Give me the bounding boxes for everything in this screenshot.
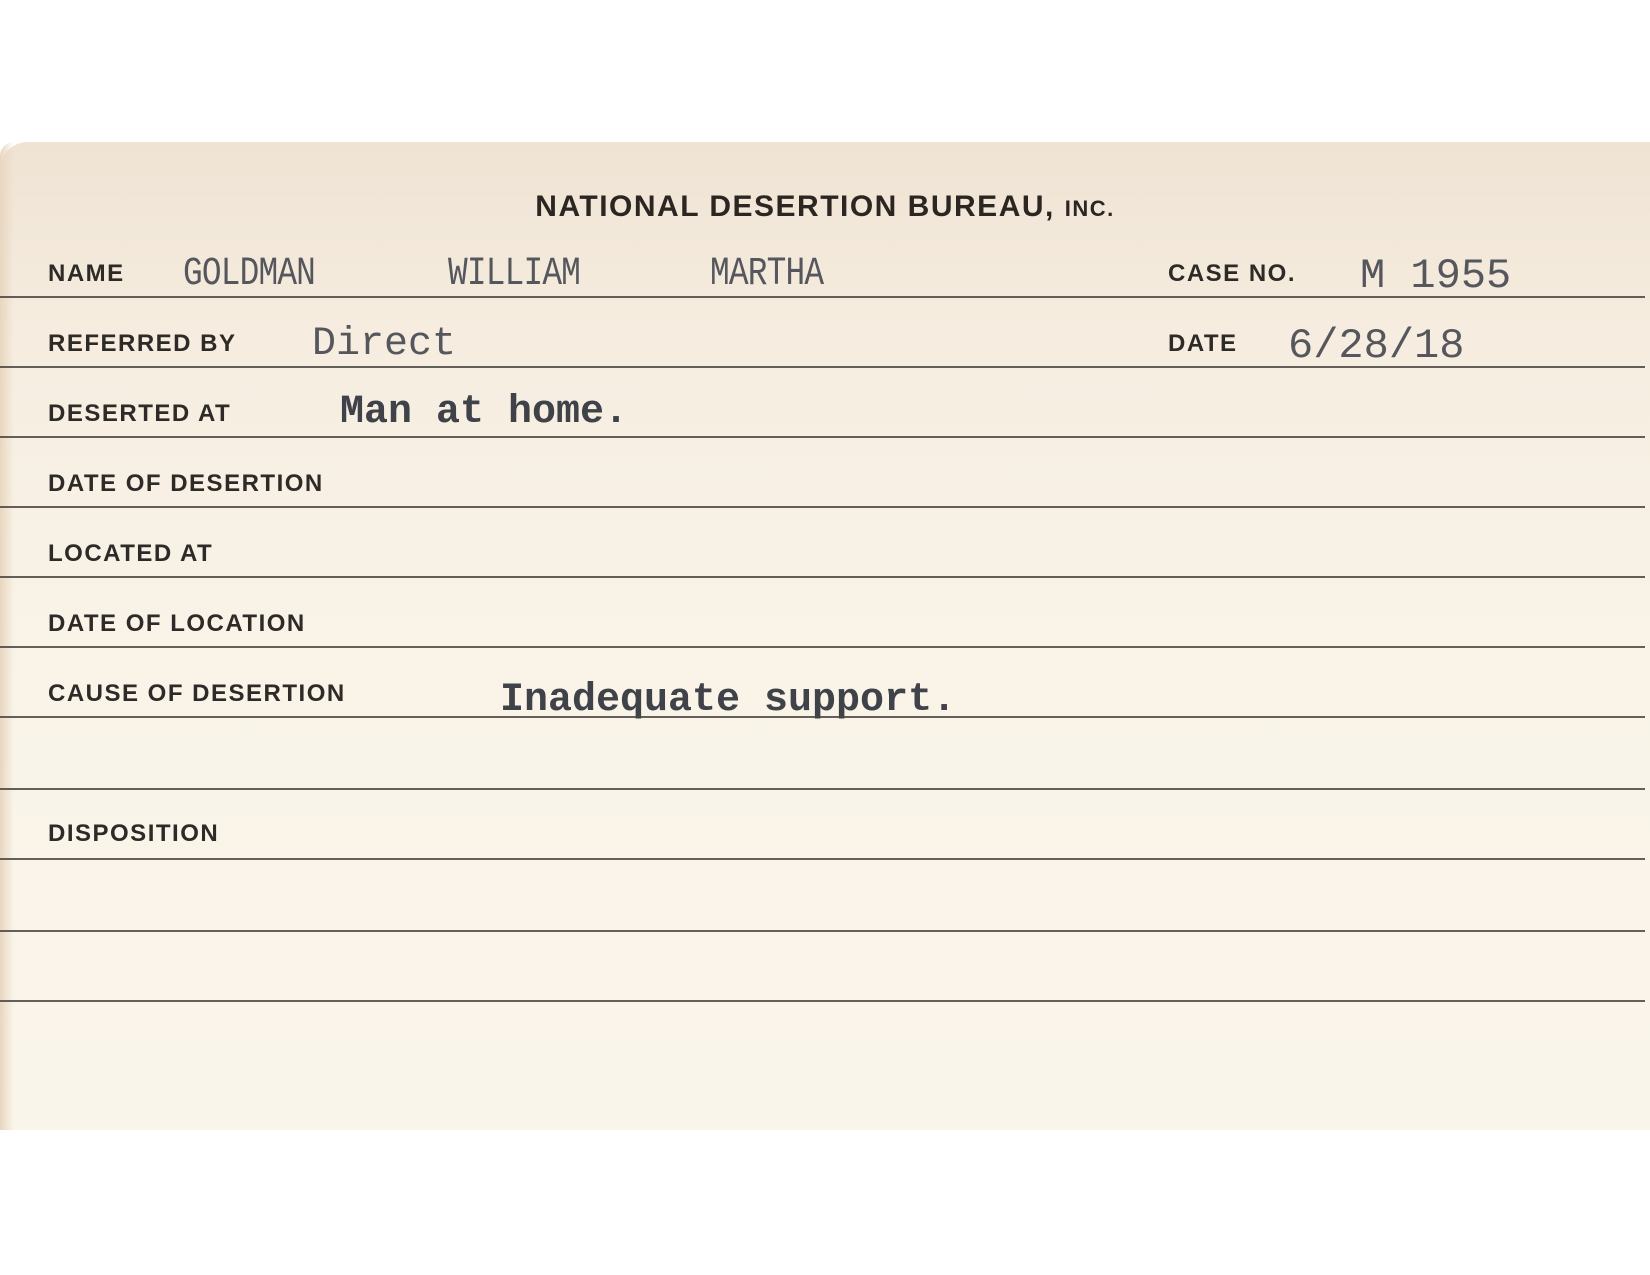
name-first: WILLIAM	[448, 252, 580, 297]
date-value: 6/28/18	[1288, 322, 1464, 370]
case-no-label: CASE NO.	[1168, 260, 1296, 288]
name-surname: GOLDMAN	[183, 252, 315, 297]
bureau-suffix: INC.	[1065, 196, 1115, 221]
cause-extra-rule	[0, 788, 1645, 790]
date-label: DATE	[1168, 330, 1238, 358]
name-rule	[0, 296, 1645, 298]
cause-of-desertion-label: CAUSE OF DESERTION	[48, 680, 346, 708]
located-at-rule	[0, 576, 1645, 578]
date-of-location-label: DATE OF LOCATION	[48, 610, 306, 638]
deserted-at-rule	[0, 436, 1645, 438]
cause-of-desertion-rule	[0, 716, 1645, 718]
deserted-at-label: DESERTED AT	[48, 400, 231, 428]
name-second: MARTHA	[710, 252, 823, 297]
desertion-record-card: NATIONAL DESERTION BUREAU, INC. NAME GOL…	[0, 142, 1650, 1130]
disposition-rule-1	[0, 858, 1645, 860]
case-no-value: M 1955	[1360, 252, 1511, 300]
date-of-location-rule	[0, 646, 1645, 648]
date-of-desertion-rule	[0, 506, 1645, 508]
name-label: NAME	[48, 260, 125, 288]
referred-by-rule	[0, 366, 1645, 368]
bureau-name: NATIONAL DESERTION BUREAU,	[535, 190, 1055, 223]
referred-by-value: Direct	[312, 322, 456, 367]
disposition-label: DISPOSITION	[48, 820, 219, 848]
card-heading: NATIONAL DESERTION BUREAU, INC.	[0, 190, 1650, 224]
located-at-label: LOCATED AT	[48, 540, 213, 568]
deserted-at-value: Man at home.	[340, 390, 628, 435]
disposition-rule-2	[0, 930, 1645, 932]
disposition-rule-3	[0, 1000, 1645, 1002]
referred-by-label: REFERRED BY	[48, 330, 237, 358]
date-of-desertion-label: DATE OF DESERTION	[48, 470, 324, 498]
